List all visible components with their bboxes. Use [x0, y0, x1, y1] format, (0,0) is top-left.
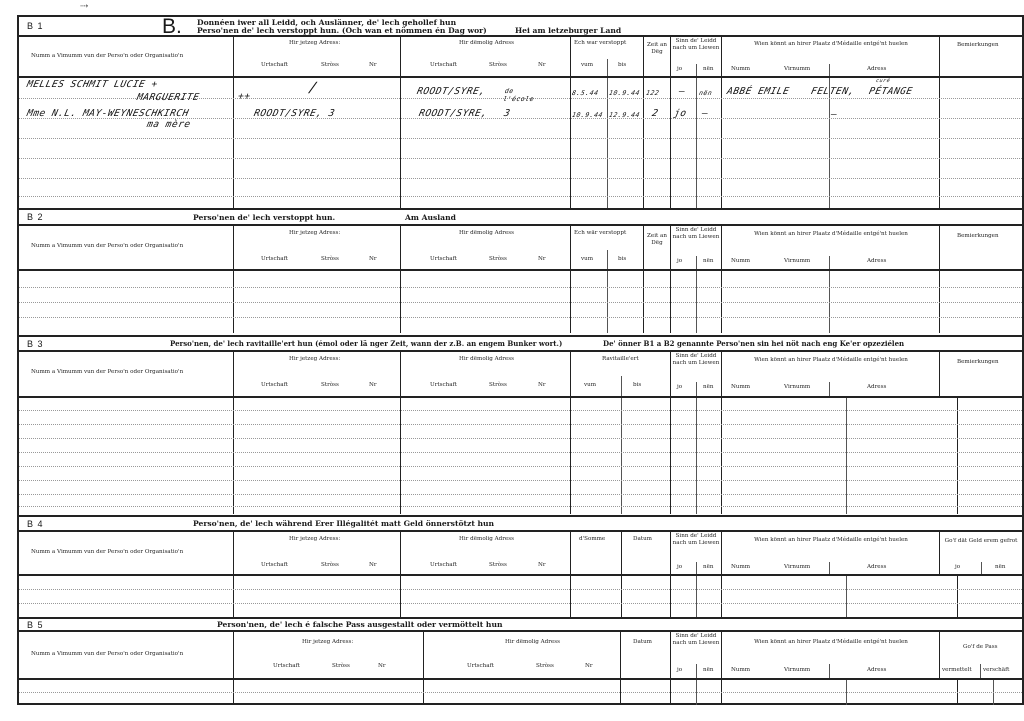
header-number: Nr: [378, 663, 386, 670]
header-current-address: Hir jetzeg Adress:: [289, 40, 340, 47]
header-to: bis: [618, 256, 626, 263]
header-to: bis: [618, 62, 626, 69]
medal-name[interactable]: ABBÉ EMILE: [726, 86, 791, 97]
days-count[interactable]: 122: [645, 89, 660, 97]
alive-no[interactable]: nën: [698, 89, 713, 97]
header-date: Datum: [633, 639, 652, 646]
section-title: Perso'nen, de' lech während Erer Illégal…: [193, 519, 494, 528]
entries-table: MELLES SCHMIT LUCIE + MARGUERITE ++ / RO…: [19, 78, 1022, 208]
header-procured: verschäft: [983, 667, 1009, 674]
header-place: Urtschaft: [273, 663, 300, 670]
alive-yes[interactable]: jo: [673, 108, 688, 119]
person-name-cont[interactable]: ma mère: [146, 119, 192, 130]
section-title-bar: B 5 Person'nen, de' lech é falsche Pass …: [19, 619, 1022, 632]
header-address: Adress: [867, 66, 886, 73]
header-name: Numm a Vimumm vun der Perso'n oder Organ…: [31, 369, 183, 376]
header-yes: jo: [677, 564, 682, 571]
date-to[interactable]: 12.9.44: [608, 111, 641, 119]
section-title-bar: B 2 Perso'nen de' lech verstoppt hun. Am…: [19, 210, 1022, 226]
former-street[interactable]: de l'école: [502, 87, 533, 103]
header-yes: jo: [677, 384, 682, 391]
header-number: Nr: [369, 562, 377, 569]
header-yes: jo: [677, 66, 682, 73]
header-to: bis: [633, 382, 641, 389]
header-no: nën: [703, 564, 714, 571]
person-name[interactable]: MELLES SCHMIT LUCIE +: [26, 79, 159, 90]
section-code: B 5: [27, 620, 44, 630]
section-title: Perso'nen, de' lech ravitaille'ert hun (…: [170, 339, 562, 348]
header-alive: Sinn de' Leidd nach um Liewen: [672, 633, 720, 647]
section-title-bar: B 4 Perso'nen, de' lech während Erer Ill…: [19, 517, 1022, 532]
header-name: Numm a Vimumm vun der Perso'n oder Organ…: [31, 651, 183, 658]
header-name: Numm a Vimumm vun der Perso'n oder Organ…: [31, 549, 183, 556]
header-pass: Go'f de Pass: [963, 644, 997, 651]
header-place: Urtschaft: [430, 382, 457, 389]
header-yes: jo: [677, 667, 682, 674]
former-place[interactable]: ROODT/SYRE,: [416, 86, 487, 97]
header-firstname: Virnumm: [784, 384, 810, 391]
section-code: B 1: [27, 21, 44, 31]
header-mediated: vermettelt: [942, 667, 972, 674]
form-page: B 1 B. Donnéen iwer all Leidd, och Auslä…: [17, 15, 1024, 705]
date-from[interactable]: 10.9.44: [571, 111, 604, 119]
header-remarks: Bemierkungen: [957, 233, 999, 240]
header-number: Nr: [538, 562, 546, 569]
header-hidden-period: Ech wär verstoppt: [574, 230, 626, 237]
header-sum: d'Somme: [579, 536, 605, 543]
date-from[interactable]: 8.5.44: [571, 89, 599, 97]
header-medal: Wien könnt an hirer Plaatz d'Médaille en…: [731, 537, 931, 544]
column-header: Numm a Vimumm vun der Perso'n oder Organ…: [19, 226, 1022, 271]
alive-yes[interactable]: –: [678, 86, 687, 97]
person-name[interactable]: Mme N.L. MAY-WEYNESCHKIRCH: [26, 108, 190, 119]
column-header: Numm a Vimumm vun der Perso'n oder Organ…: [19, 352, 1022, 398]
header-remarks: Bemierkungen: [957, 359, 999, 366]
header-days: Zeit an Dëg: [646, 233, 668, 247]
header-street: Stròss: [489, 562, 507, 569]
header-from: vum: [584, 382, 596, 389]
section-b1: B 1 B. Donnéen iwer all Leidd, och Auslä…: [19, 15, 1022, 208]
header-address: Adress: [867, 384, 886, 391]
header-place: Urtschaft: [261, 62, 288, 69]
header-yes: jo: [677, 258, 682, 265]
header-number: Nr: [369, 382, 377, 389]
entries-table: [19, 398, 1022, 514]
column-header: Numm a Vimumm vun der Perso'n oder Organ…: [19, 37, 1022, 78]
pen-mark: ⇢: [80, 1, 88, 12]
section-b2: B 2 Perso'nen de' lech verstoppt hun. Am…: [19, 208, 1022, 335]
header-former-address: Hir dëmolig Adress: [459, 40, 514, 47]
section-code: B 3: [27, 339, 44, 349]
header-address: Adress: [867, 564, 886, 571]
header-supplied-period: Ravitaille'ert: [602, 356, 639, 363]
current-place[interactable]: ROODT/SYRE, 3: [253, 108, 336, 119]
header-number: Nr: [585, 663, 593, 670]
header-street: Stròss: [321, 382, 339, 389]
header-surname: Numm: [731, 258, 750, 265]
header-surname: Numm: [731, 384, 750, 391]
header-alive: Sinn de' Leidd nach um Liewen: [672, 227, 720, 241]
header-no: nën: [703, 258, 714, 265]
header-street: Stròss: [489, 382, 507, 389]
header-number: Nr: [538, 256, 546, 263]
header-firstname: Virnumm: [784, 258, 810, 265]
header-no: nën: [995, 564, 1006, 571]
header-medal: Wien könnt an hirer Plaatz d'Médaille en…: [731, 41, 931, 48]
medal-note[interactable]: curé: [875, 78, 890, 84]
section-location: Hei am letzeburger Land: [515, 26, 621, 35]
header-place: Urtschaft: [261, 382, 288, 389]
current-place[interactable]: ++: [237, 91, 252, 102]
header-date: Datum: [633, 536, 652, 543]
header-surname: Numm: [731, 66, 750, 73]
header-former-address: Hir dëmolig Adress: [459, 356, 514, 363]
header-former-address: Hir dëmolig Adress: [459, 536, 514, 543]
header-place: Urtschaft: [430, 562, 457, 569]
header-no: nën: [703, 667, 714, 674]
header-surname: Numm: [731, 667, 750, 674]
form-letter: B.: [162, 15, 182, 39]
header-place: Urtschaft: [430, 256, 457, 263]
header-place: Urtschaft: [261, 256, 288, 263]
header-current-address: Hir jetzeg Adress:: [289, 230, 340, 237]
header-current-address: Hir jetzeg Adress:: [302, 639, 353, 646]
header-number: Nr: [369, 256, 377, 263]
header-street: Stròss: [536, 663, 554, 670]
former-place[interactable]: ROODT/SYRE,: [418, 108, 489, 119]
header-medal: Wien könnt an hirer Plaatz d'Médaille en…: [731, 639, 931, 646]
section-subtitle: Perso'nen de' lech verstoppt hun. (Och w…: [197, 26, 487, 35]
header-number: Nr: [369, 62, 377, 69]
date-to[interactable]: 10.9.44: [608, 89, 641, 97]
header-alive: Sinn de' Leidd nach um Liewen: [672, 38, 720, 52]
header-street: Stròss: [332, 663, 350, 670]
section-b4: B 4 Perso'nen, de' lech während Erer Ill…: [19, 515, 1022, 617]
header-days: Zeit an Dëg: [646, 42, 668, 56]
header-money-returned: Go'f dät Geld erem gefrot: [943, 538, 1019, 545]
header-medal: Wien könnt an hirer Plaatz d'Médaille en…: [731, 231, 931, 238]
section-b5: B 5 Person'nen, de' lech é falsche Pass …: [19, 617, 1022, 705]
header-alive: Sinn de' Leidd nach um Liewen: [672, 353, 720, 367]
header-place: Urtschaft: [467, 663, 494, 670]
header-number: Nr: [538, 62, 546, 69]
header-firstname: Virnumm: [784, 667, 810, 674]
header-firstname: Virnumm: [784, 564, 810, 571]
section-location: Am Ausland: [405, 213, 456, 222]
header-former-address: Hir dëmolig Adress: [505, 639, 560, 646]
header-number: Nr: [538, 382, 546, 389]
header-street: Stròss: [489, 62, 507, 69]
header-no: nën: [703, 384, 714, 391]
section-title-bar: B 3 Perso'nen, de' lech ravitaille'ert h…: [19, 337, 1022, 352]
current-street-strike[interactable]: /: [307, 80, 319, 96]
column-header: Numm a Vimumm vun der Perso'n oder Organ…: [19, 632, 1022, 680]
header-alive: Sinn de' Leidd nach um Liewen: [672, 533, 720, 547]
section-code: B 4: [27, 519, 44, 529]
header-medal: Wien könnt an hirer Plaatz d'Médaille en…: [731, 357, 931, 364]
section-title: Perso'nen de' lech verstoppt hun.: [193, 213, 335, 222]
header-street: Stròss: [489, 256, 507, 263]
header-from: vum: [581, 62, 593, 69]
section-b3: B 3 Perso'nen, de' lech ravitaille'ert h…: [19, 335, 1022, 515]
header-no: nën: [703, 66, 714, 73]
section-note: De' önner B1 a B2 genannte Perso'nen sin…: [603, 339, 904, 348]
header-street: Stròss: [321, 562, 339, 569]
header-current-address: Hir jetzeg Adress:: [289, 356, 340, 363]
entries-table: [19, 680, 1022, 705]
header-name: Numm a Vimumm vun der Perso'n oder Organ…: [31, 243, 183, 250]
medal-firstname[interactable]: FELTEN,: [810, 86, 856, 97]
column-header: Numm a Vimumm vun der Perso'n oder Organ…: [19, 532, 1022, 576]
header-from: vum: [581, 256, 593, 263]
person-name-cont[interactable]: MARGUERITE: [136, 92, 201, 103]
header-surname: Numm: [731, 564, 750, 571]
section-title: Person'nen, de' lech é falsche Pass ausg…: [217, 620, 503, 629]
header-firstname: Virnumm: [784, 66, 810, 73]
header-address: Adress: [867, 258, 886, 265]
entries-table: [19, 271, 1022, 333]
header-name: Numm a Vimumm vun der Perso'n oder Organ…: [31, 53, 183, 60]
header-former-address: Hir dëmolig Adress: [459, 230, 514, 237]
header-address: Adress: [867, 667, 886, 674]
section-code: B 2: [27, 212, 44, 222]
header-street: Stròss: [321, 62, 339, 69]
header-current-address: Hir jetzeg Adress:: [289, 536, 340, 543]
entries-table: [19, 576, 1022, 617]
header-place: Urtschaft: [430, 62, 457, 69]
header-street: Stròss: [321, 256, 339, 263]
header-hidden-period: Ech war verstoppt: [574, 40, 626, 47]
header-remarks: Bemierkungen: [957, 42, 999, 49]
medal-address[interactable]: PÉTANGE: [868, 86, 914, 97]
section-title-bar: B 1 B. Donnéen iwer all Leidd, och Auslä…: [19, 17, 1022, 37]
header-yes: jo: [955, 564, 960, 571]
header-place: Urtschaft: [261, 562, 288, 569]
